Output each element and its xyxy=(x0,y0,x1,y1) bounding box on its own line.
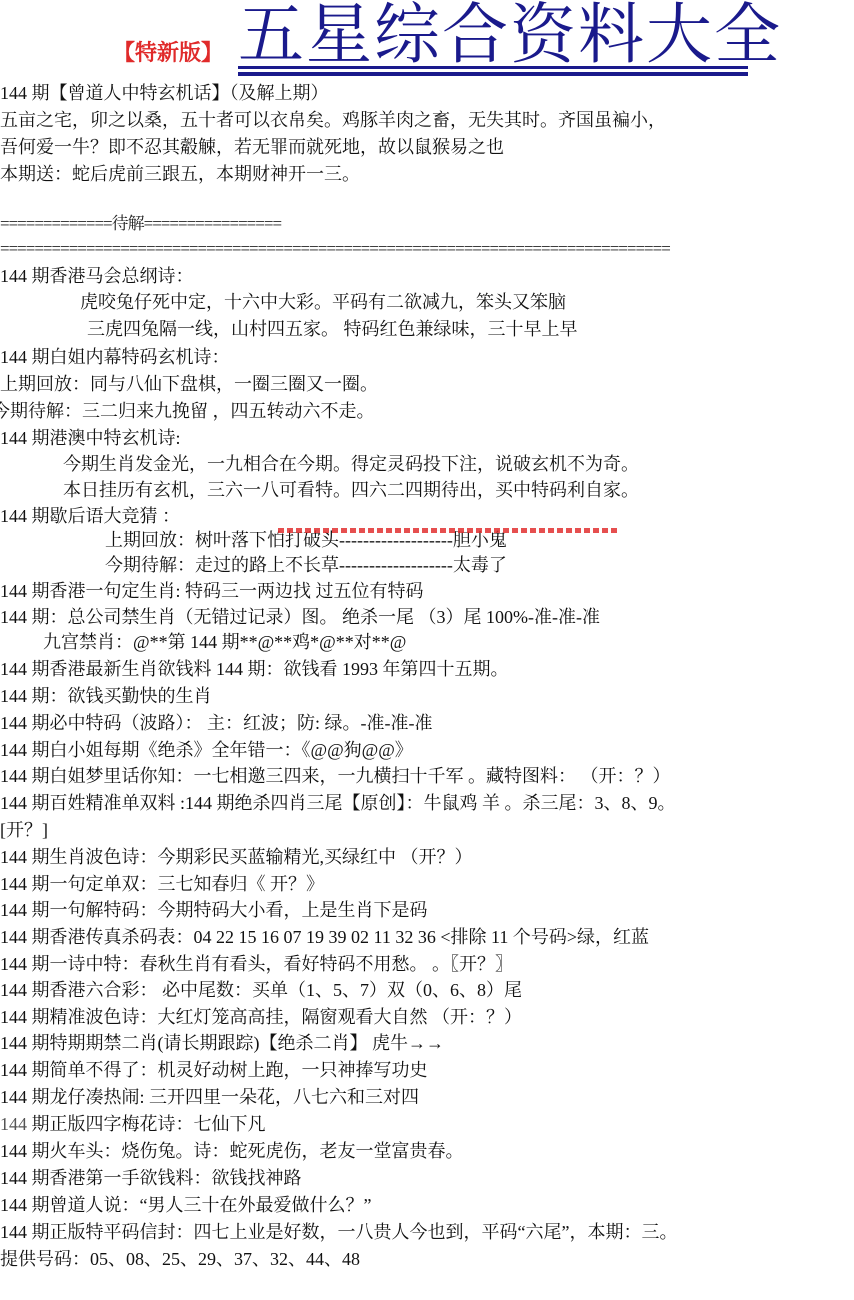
text-line: 144 期白姐梦里话你知：一七相邀三四来，一九横扫十千军 。藏特图料： （开：？… xyxy=(0,765,671,787)
text-line: 144 期一诗中特：春秋生肖有看头，看好特码不用愁。 。〖开？〗 xyxy=(0,953,513,975)
text-line: 五亩之宅，卯之以桑，五十者可以衣帛矣。鸡豚羊肉之畜，无失其时。齐国虽褊小， xyxy=(0,109,666,131)
text-line: 144 期歇后语大竞猜 ： xyxy=(0,505,180,527)
line-text: 期正版四字梅花诗：七仙下凡 xyxy=(27,1114,266,1134)
separator-line: ========================================… xyxy=(0,238,670,260)
text-line: 144 期白姐内幕特码玄机诗： xyxy=(0,346,230,368)
edition-tag: 【特新版】 xyxy=(113,36,223,67)
text-line: 144 期百姓精准单双料 :144 期绝杀四肖三尾【原创】：牛鼠鸡 羊 。杀三尾… xyxy=(0,792,676,814)
red-overlay-artifact xyxy=(278,528,618,533)
text-line: 144 期一句定单双：三七知春归《 开？》 xyxy=(0,873,324,895)
text-line: 144 期特期期禁二肖(请长期跟踪)【绝杀二肖】 虎牛→→ xyxy=(0,1032,444,1054)
text-line: 144 期：总公司禁生肖（无错过记录）图。 绝杀一尾 （3）尾 100%-准-准… xyxy=(0,606,600,628)
text-line: 144 期简单不得了：机灵好动树上跑，一只神捧写功史 xyxy=(0,1059,428,1081)
text-line: 144 期港澳中特玄机诗: xyxy=(0,427,181,449)
text-line: 144 期白小姐每期《绝杀》全年错一：《@@狗@@》 xyxy=(0,739,413,761)
page-title: 五星综合资料大全 xyxy=(238,0,782,72)
page-header: 【特新版】 五星综合资料大全 xyxy=(0,0,854,82)
text-line: 144 期：欲钱买勤快的生肖 xyxy=(0,685,212,707)
text-line: 144 期曾道人说：“男人三十在外最爱做什么？” xyxy=(0,1194,371,1216)
text-line: 144 期生肖波色诗：今期彩民买蓝输精光,买绿红中 （开？） xyxy=(0,846,473,868)
text-line: 九宫禁肖：@**第 144 期**@**鸡*@**对**@ xyxy=(43,631,406,653)
text-line: 本日挂历有玄机，三六一八可看特。四六二四期待出，买中特码利自家。 xyxy=(63,479,639,501)
text-line: 144 期正版四字梅花诗：七仙下凡 xyxy=(0,1113,266,1135)
text-line: 144 期香港一句定生肖: 特码三一两边找 过五位有特码 xyxy=(0,580,424,602)
text-line: 虎咬兔仔死中定，十六中大彩。平码有二欲减九，笨头又笨脑 xyxy=(80,291,566,313)
text-line: 144 期龙仔凑热闹: 三开四里一朵花，八七六和三对四 xyxy=(0,1086,419,1108)
title-underline-double xyxy=(238,72,748,76)
text-line: 144 期火车头：烧伤兔。诗：蛇死虎伤，老友一堂富贵春。 xyxy=(0,1140,464,1162)
text-line: 三虎四兔隔一线，山村四五家。 特码红色兼绿味，三十早上早 xyxy=(87,318,578,340)
text-line: 144 期正版特平码信封：四七上业是好数，一八贵人今也到，平码“六尾”，本期：三… xyxy=(0,1221,677,1243)
text-line: 144 期香港第一手欲钱料：欲钱找神路 xyxy=(0,1167,302,1189)
text-line: 本期送：蛇后虎前三跟五，本期财神开一三。 xyxy=(0,163,360,185)
text-line: 今期待解：三二归来九挽留 ，四五转动六不走。 xyxy=(0,400,375,422)
text-line: 144 期【曾道人中特玄机话】（及解上期） xyxy=(0,82,329,104)
text-line: 今期生肖发金光，一九相合在今期。得定灵码投下注，说破玄机不为奇。 xyxy=(63,453,639,475)
separator-line: =============待解================ xyxy=(0,213,281,235)
title-underline xyxy=(238,66,748,69)
text-line: 今期待解：走过的路上不长草-------------------太毒了 xyxy=(105,554,507,576)
text-line: 144 期香港六合彩： 必中尾数：买单（1、5、7）双（0、6、8）尾 xyxy=(0,979,522,1001)
issue-number: 144 xyxy=(0,1114,27,1134)
text-line: 144 期香港传真杀码表：04 22 15 16 07 19 39 02 11 … xyxy=(0,926,649,948)
text-line: 144 期必中特码（波路）： 主：红波；防: 绿。-准-准-准 xyxy=(0,712,432,734)
text-line: 144 期香港最新生肖欲钱料 144 期：欲钱看 1993 年第四十五期。 xyxy=(0,658,509,680)
text-line: 144 期精准波色诗：大红灯笼高高挂，隔窗观看大自然 （开：？） xyxy=(0,1006,522,1028)
text-line: 144 期一句解特码：今期特码大小看，上是生肖下是码 xyxy=(0,899,428,921)
text-line: 提供号码：05、08、25、29、37、32、44、48 xyxy=(0,1248,360,1270)
text-line: 144 期香港马会总纲诗： xyxy=(0,265,194,287)
text-line: [开？] xyxy=(0,819,48,841)
text-line: 吾何爱一牛？即不忍其觳觫，若无罪而就死地，故以鼠猴易之也 xyxy=(0,136,504,158)
text-line: 上期回放：同与八仙下盘棋，一圈三圈又一圈。 xyxy=(0,373,378,395)
